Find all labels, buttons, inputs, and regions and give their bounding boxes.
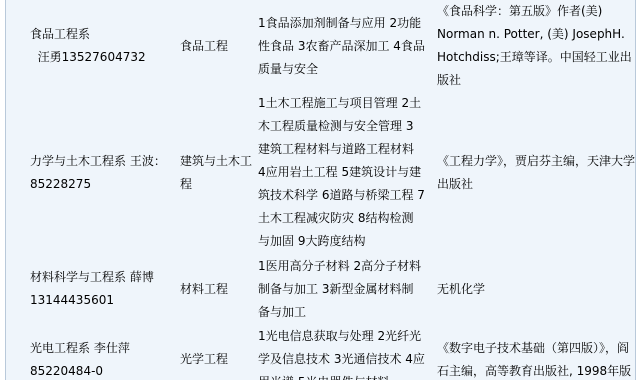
topics-cell: 1光电信息获取与处理 2光纤光学及信息技术 3光通信技术 4应用光谱 5光电器件… xyxy=(256,325,432,380)
department-name: 力学与土木工程系 王波： xyxy=(30,150,174,173)
contact-phone: 汪勇13527604732 xyxy=(30,46,174,69)
table-row: 食品工程系 汪勇13527604732 食品工程 1食品添加剂制备与应用 2功能… xyxy=(6,0,636,92)
topics-cell: 1食品添加剂制备与应用 2功能性食品 3农畜产品深加工 4食品质量与安全 xyxy=(256,0,432,92)
table-row: 力学与土木工程系 王波： 85228275 建筑与土木工程 1土木工程施工与项目… xyxy=(6,92,636,253)
major-cell: 食品工程 xyxy=(178,0,256,92)
contact-phone: 85228275 xyxy=(30,173,174,196)
department-cell: 光电工程系 李仕萍 85220484-0 xyxy=(6,325,178,380)
topics-cell: 1土木工程施工与项目管理 2土木工程质量检测与安全管理 3建筑工程材料与道路工程… xyxy=(256,92,432,253)
contact-phone: 85220484-0 xyxy=(30,360,174,381)
major-cell: 光学工程 xyxy=(178,325,256,380)
topics-cell: 1医用高分子材料 2高分子材料制备与加工 3新型金属材料制备与加工 xyxy=(256,253,432,325)
textbook-cell: 无机化学 xyxy=(432,253,636,325)
textbook-cell: 《食品科学：第五版》作者(美) Norman n. Potter, (美) Jo… xyxy=(432,0,636,92)
textbook-cell: 《工程力学》，贾启芬主编，天津大学出版社 xyxy=(432,92,636,253)
department-cell: 食品工程系 汪勇13527604732 xyxy=(6,0,178,92)
department-cell: 力学与土木工程系 王波： 85228275 xyxy=(6,92,178,253)
course-listing-panel: 食品工程系 汪勇13527604732 食品工程 1食品添加剂制备与应用 2功能… xyxy=(5,0,636,380)
department-name: 光电工程系 李仕萍 xyxy=(30,337,174,360)
table-row: 光电工程系 李仕萍 85220484-0 光学工程 1光电信息获取与处理 2光纤… xyxy=(6,325,636,380)
textbook-cell: 《数字电子技术基础（第四版）》，阎石主编，高等教育出版社, 1998年版 xyxy=(432,325,636,380)
department-name: 材料科学与工程系 薛博 xyxy=(30,266,174,289)
table-row: 材料科学与工程系 薛博 13144435601 材料工程 1医用高分子材料 2高… xyxy=(6,253,636,325)
major-cell: 建筑与土木工程 xyxy=(178,92,256,253)
department-name: 食品工程系 xyxy=(30,23,174,46)
department-cell: 材料科学与工程系 薛博 13144435601 xyxy=(6,253,178,325)
course-table: 食品工程系 汪勇13527604732 食品工程 1食品添加剂制备与应用 2功能… xyxy=(6,0,636,380)
major-cell: 材料工程 xyxy=(178,253,256,325)
contact-phone: 13144435601 xyxy=(30,289,174,312)
